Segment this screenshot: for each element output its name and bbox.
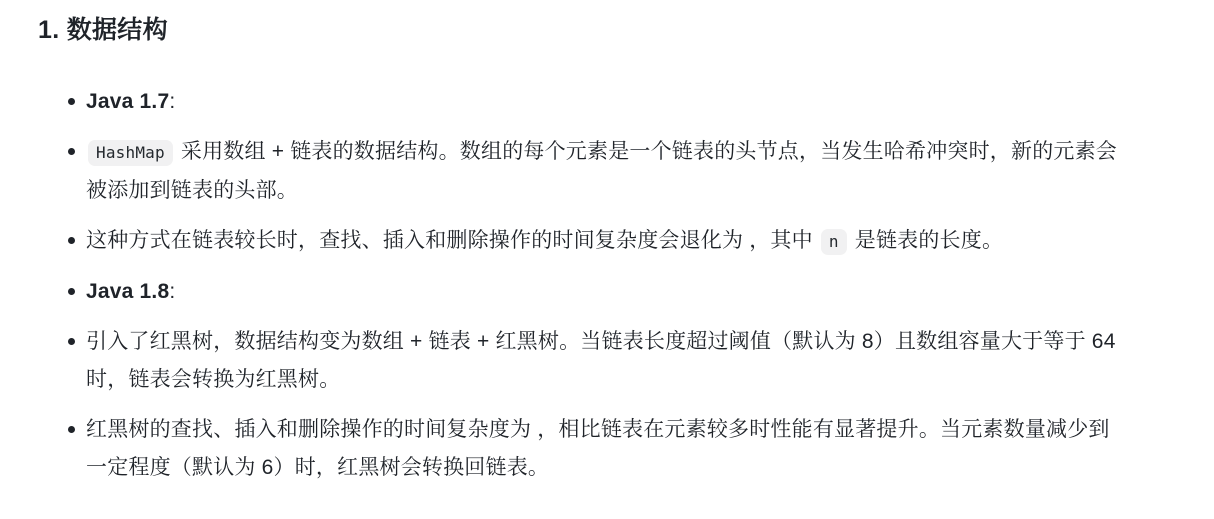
text-segment: : xyxy=(169,280,175,303)
inline-code: HashMap xyxy=(88,140,173,166)
bold-text: Java 1.7 xyxy=(86,90,169,113)
bullet-marker-icon xyxy=(68,288,75,295)
list-item: 红黑树的查找、插入和删除操作的时间复杂度为 ，相比链表在元素较多时性能有显著提升… xyxy=(86,411,1196,487)
text-segment: 时，链表会转换为红黑树。 xyxy=(86,368,340,391)
list-item: Java 1.8: xyxy=(86,273,1196,311)
text-segment: 被添加到链表的头部。 xyxy=(86,179,298,202)
text-segment: 采用数组 + 链表的数据结构。数组的每个元素是一个链表的头节点，当发生哈希冲突时… xyxy=(175,140,1117,163)
bullet-marker-icon xyxy=(68,237,75,244)
bullet-marker-icon xyxy=(68,98,75,105)
list-item: 引入了红黑树，数据结构变为数组 + 链表 + 红黑树。当链表长度超过阈值（默认为… xyxy=(86,323,1196,399)
document-body: 1. 数据结构 Java 1.7:HashMap 采用数组 + 链表的数据结构。… xyxy=(0,0,1214,487)
bullet-marker-icon xyxy=(68,426,75,433)
list-item: HashMap 采用数组 + 链表的数据结构。数组的每个元素是一个链表的头节点，… xyxy=(86,133,1196,210)
bullet-list: Java 1.7:HashMap 采用数组 + 链表的数据结构。数组的每个元素是… xyxy=(38,83,1196,487)
inline-code: n xyxy=(821,229,847,255)
list-item: 这种方式在链表较长时，查找、插入和删除操作的时间复杂度会退化为 ，其中 n 是链… xyxy=(86,222,1196,261)
text-segment: 红黑树的查找、插入和删除操作的时间复杂度为 ，相比链表在元素较多时性能有显著提升… xyxy=(86,418,1110,441)
text-segment: 引入了红黑树，数据结构变为数组 + 链表 + 红黑树。当链表长度超过阈值（默认为… xyxy=(86,330,1116,353)
bullet-marker-icon xyxy=(68,148,75,155)
section-heading: 1. 数据结构 xyxy=(38,14,1196,47)
text-segment: : xyxy=(169,90,175,113)
text-segment: 一定程度（默认为 6）时，红黑树会转换回链表。 xyxy=(86,456,549,479)
bullet-marker-icon xyxy=(68,338,75,345)
bold-text: Java 1.8 xyxy=(86,280,169,303)
text-segment: 是链表的长度。 xyxy=(849,229,1003,252)
text-segment: 这种方式在链表较长时，查找、插入和删除操作的时间复杂度会退化为 ，其中 xyxy=(86,229,819,252)
list-item: Java 1.7: xyxy=(86,83,1196,121)
